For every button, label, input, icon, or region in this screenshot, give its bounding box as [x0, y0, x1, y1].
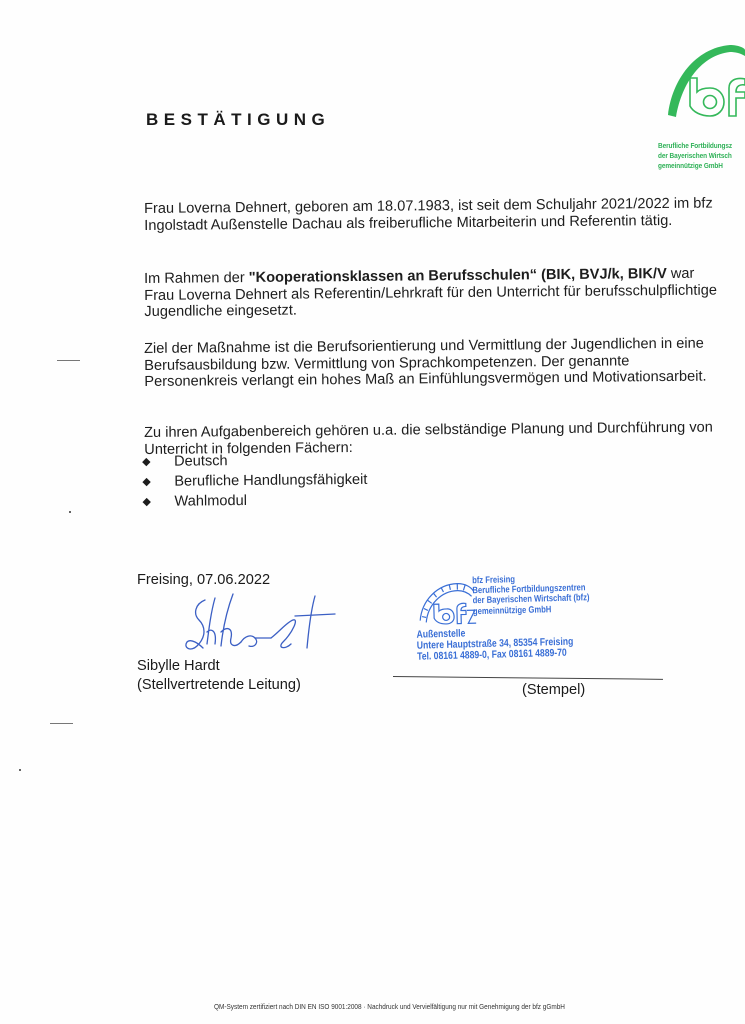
stamp-header: bfz Freising Berufliche Fortbildungszent… [472, 572, 590, 616]
list-item: ◆ Wahlmodul [140, 490, 367, 512]
scan-speck [69, 511, 71, 513]
signer-name: Sibylle Hardt [137, 657, 301, 676]
bfz-logo-icon [650, 40, 745, 120]
signature-icon [175, 592, 340, 654]
list-item: ◆ Berufliche Handlungsfähigkeit [140, 470, 367, 492]
diamond-bullet-icon: ◆ [140, 452, 174, 472]
scan-speck [19, 769, 21, 771]
stamp-logo-icon [413, 579, 476, 627]
stamp-header-line: gemeinnützige GmbH [473, 603, 590, 616]
logo-caption-line: Berufliche Fortbildungsz [658, 141, 739, 151]
signer-role: (Stellvertretende Leitung) [137, 676, 301, 695]
document-title: BESTÄTIGUNG [146, 110, 330, 130]
logo-caption: Berufliche Fortbildungsz der Bayerischen… [658, 141, 739, 171]
stamp-address: Außenstelle Untere Hauptstraße 34, 85354… [416, 626, 573, 662]
paragraph-employment: Frau Loverna Dehnert, geboren am 18.07.1… [144, 195, 724, 234]
subject-label: Wahlmodul [174, 491, 247, 512]
list-item: ◆ Deutsch [140, 450, 367, 472]
subject-label: Deutsch [174, 451, 228, 472]
logo-caption-line: gemeinnützige GmbH [658, 161, 739, 171]
paragraph-program-prefix: Im Rahmen der [144, 270, 249, 287]
subject-list: ◆ Deutsch ◆ Berufliche Handlungsfähigkei… [140, 450, 368, 512]
punch-mark [50, 723, 73, 724]
stamp-signature-line [393, 676, 663, 680]
diamond-bullet-icon: ◆ [140, 492, 174, 512]
document-page: Berufliche Fortbildungsz der Bayerischen… [0, 0, 745, 1024]
paragraph-program: Im Rahmen der "Kooperationsklassen an Be… [144, 265, 724, 320]
company-stamp: bfz Freising Berufliche Fortbildungszent… [405, 570, 607, 670]
paragraph-goal: Ziel der Maßnahme ist die Berufsorientie… [144, 335, 724, 390]
footer-note: QM-System zertifiziert nach DIN EN ISO 9… [214, 1002, 565, 1011]
place-date: Freising, 07.06.2022 [137, 572, 270, 588]
stamp-address-line: Tel. 08161 4889-0, Fax 08161 4889-70 [417, 647, 574, 662]
fold-mark [57, 360, 80, 361]
signer-block: Sibylle Hardt (Stellvertretende Leitung) [137, 657, 301, 695]
diamond-bullet-icon: ◆ [140, 472, 174, 492]
subject-label: Berufliche Handlungsfähigkeit [174, 470, 367, 492]
stamp-label: (Stempel) [522, 682, 585, 698]
logo-caption-line: der Bayerischen Wirtsch [658, 151, 739, 161]
